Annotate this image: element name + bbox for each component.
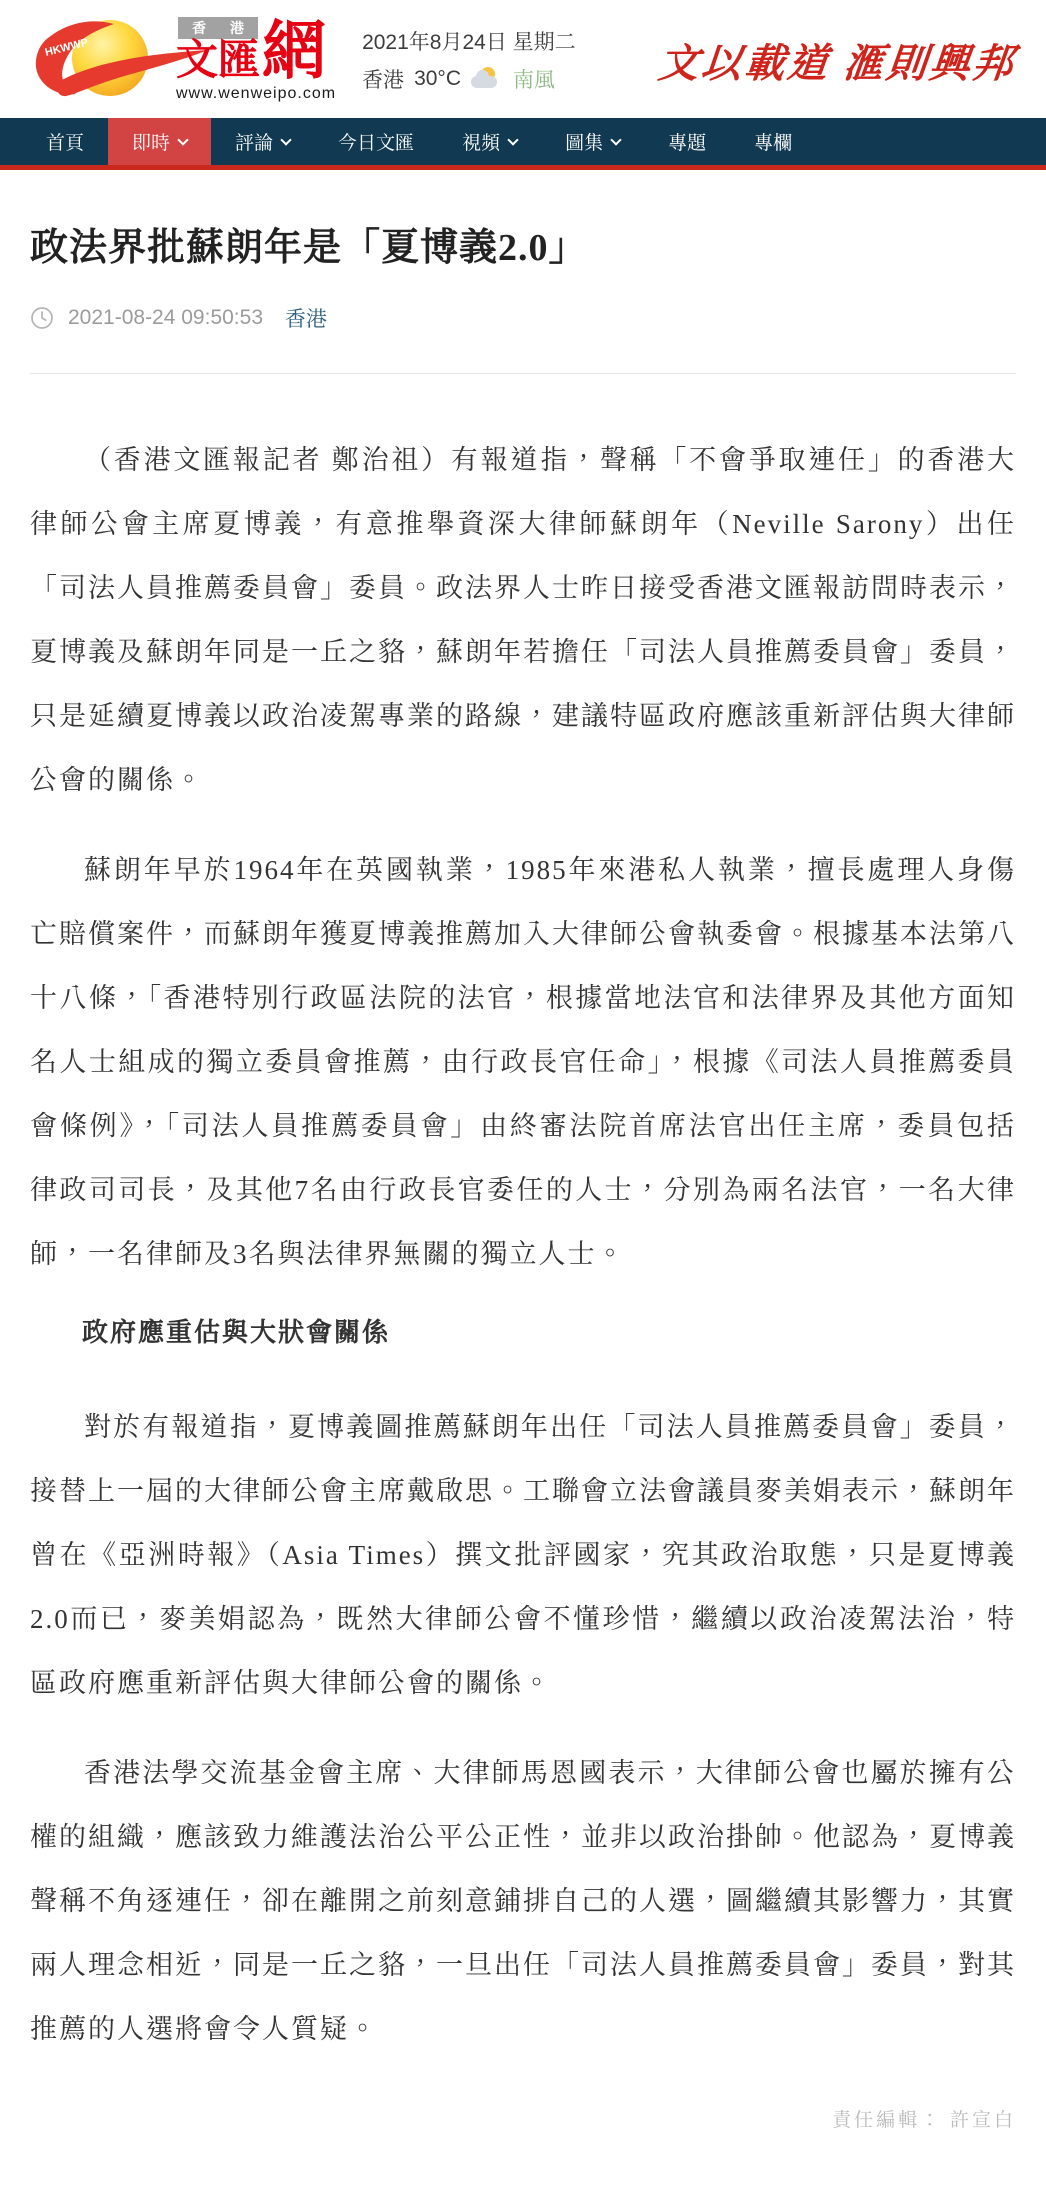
site-header: HKWWP 香 港 文匯 網 www.wenweipo.com 2021年8月2…: [0, 0, 1046, 118]
logo-url: www.wenweipo.com: [176, 85, 336, 103]
weather-line: 香港 30°C 南風: [362, 64, 576, 94]
article-meta: 2021-08-24 09:50:53 香港: [30, 303, 1016, 333]
slogan-calligraphy: 文以載道 滙則興邦: [656, 32, 1019, 89]
category-link[interactable]: 香港: [285, 303, 327, 333]
nav-item-video[interactable]: 視頻: [438, 118, 541, 165]
nav-item-label: 首頁: [46, 128, 84, 155]
date-weather-block: 2021年8月24日 星期二 香港 30°C 南風: [362, 26, 576, 94]
page: HKWWP 香 港 文匯 網 www.wenweipo.com 2021年8月2…: [0, 0, 1046, 2188]
date-text: 2021年8月24日 星期二: [362, 26, 576, 56]
chevron-down-icon: [610, 134, 621, 145]
partly-cloudy-icon: [471, 67, 503, 91]
nav-item-today-wenwei[interactable]: 今日文匯: [314, 118, 438, 165]
main-nav: 首頁即時評論今日文匯視頻圖集專題專欄: [0, 118, 1046, 170]
nav-item-home[interactable]: 首頁: [22, 118, 108, 165]
nav-item-topics[interactable]: 專題: [644, 118, 730, 165]
article-paragraph: 香港法學交流基金會主席、大律師馬恩國表示，大律師公會也屬於擁有公權的組織，應該致…: [30, 1741, 1016, 2061]
weather-city: 香港: [362, 64, 404, 94]
logo-wordmark: 香 港 文匯 網 www.wenweipo.com: [176, 17, 336, 103]
article-paragraph: 對於有報道指，夏博義圖推薦蘇朗年出任「司法人員推薦委員會」委員，接替上一屆的大律…: [30, 1395, 1016, 1715]
logo-name-main: 文匯: [176, 39, 260, 83]
timestamp: 2021-08-24 09:50:53: [68, 306, 263, 330]
nav-item-label: 圖集: [565, 128, 603, 155]
chevron-down-icon: [280, 134, 291, 145]
nav-item-instant-news[interactable]: 即時: [108, 118, 211, 165]
logo-name-suffix: 網: [262, 22, 326, 83]
article-paragraph: 蘇朗年早於1964年在英國執業，1985年來港私人執業，擅長處理人身傷亡賠償案件…: [30, 838, 1016, 1286]
clock-icon: [30, 306, 54, 330]
nav-item-gallery[interactable]: 圖集: [541, 118, 644, 165]
chevron-down-icon: [507, 134, 518, 145]
nav-item-label: 專欄: [754, 128, 792, 155]
nav-item-label: 專題: [668, 128, 706, 155]
logo-region-label: 香 港: [178, 17, 258, 39]
nav-item-label: 今日文匯: [338, 128, 414, 155]
editor-credit: 責任編輯： 許宣白: [30, 2105, 1016, 2132]
nav-item-label: 視頻: [462, 128, 500, 155]
nav-item-opinion[interactable]: 評論: [211, 118, 314, 165]
nav-item-columns[interactable]: 專欄: [730, 118, 816, 165]
article-title: 政法界批蘇朗年是「夏博義2.0」: [30, 216, 1016, 271]
weather-temp: 30°C: [414, 67, 461, 91]
article: 政法界批蘇朗年是「夏博義2.0」 2021-08-24 09:50:53 香港 …: [0, 216, 1046, 2132]
article-subheading: 政府應重估與大狀會關係: [30, 1312, 1016, 1349]
article-paragraph: （香港文匯報記者 鄭治祖）有報道指，聲稱「不會爭取連任」的香港大律師公會主席夏博…: [30, 428, 1016, 812]
nav-item-label: 即時: [132, 128, 170, 155]
article-body: （香港文匯報記者 鄭治祖）有報道指，聲稱「不會爭取連任」的香港大律師公會主席夏博…: [30, 374, 1016, 2061]
nav-item-label: 評論: [235, 128, 273, 155]
site-logo[interactable]: HKWWP 香 港 文匯 網 www.wenweipo.com: [18, 12, 336, 108]
chevron-down-icon: [177, 134, 188, 145]
weather-wind: 南風: [513, 64, 555, 94]
